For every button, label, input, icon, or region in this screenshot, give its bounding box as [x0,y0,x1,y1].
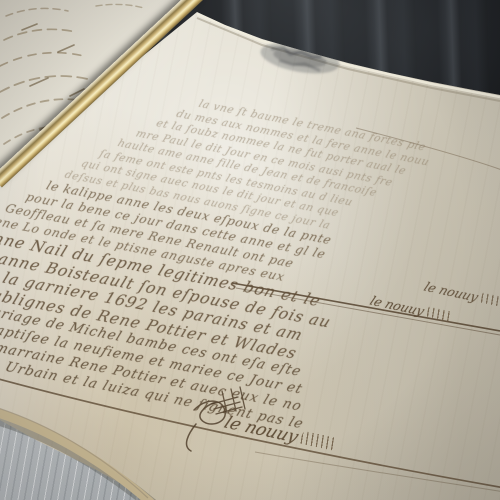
signature-flourish-icon [298,431,337,450]
signature-flourish-icon [479,293,500,307]
signature-flourish-icon [425,307,453,321]
photo-old-manuscript: la vne ſt baume le treme ana fortes ple … [0,0,500,500]
